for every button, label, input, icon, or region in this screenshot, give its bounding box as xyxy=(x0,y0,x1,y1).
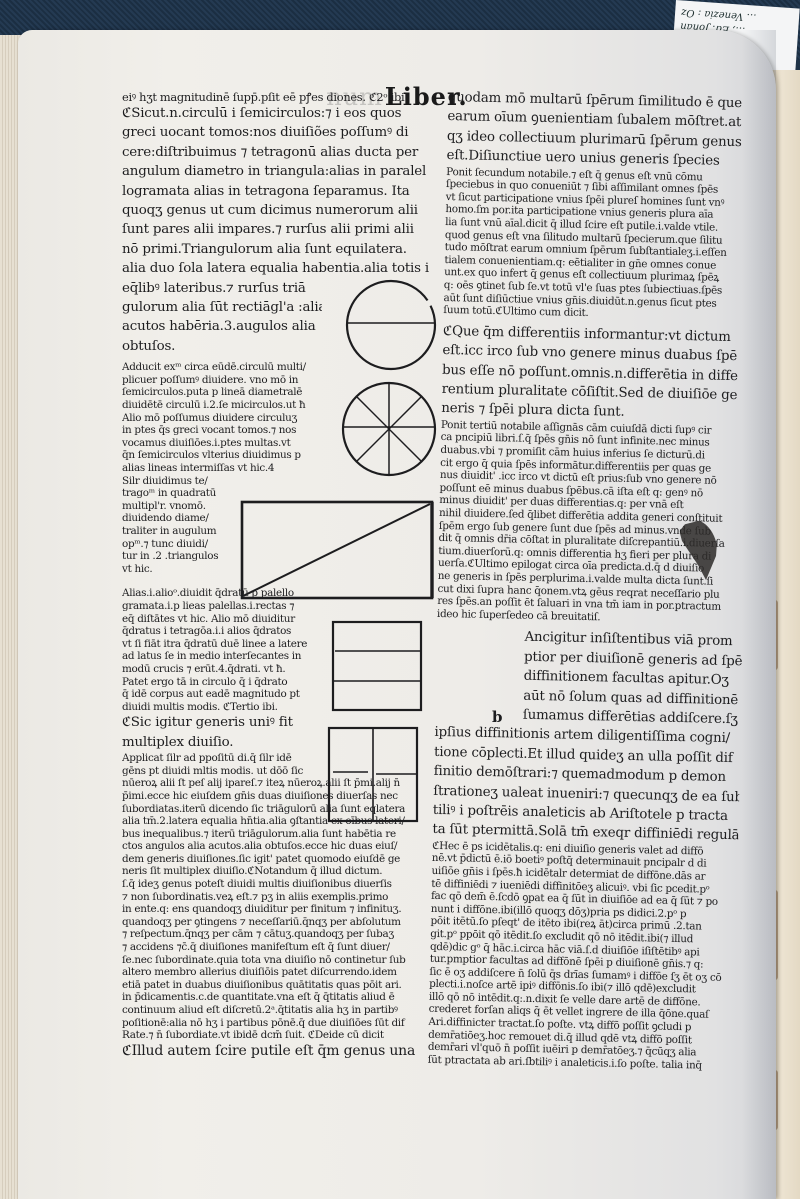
text-line: ℭSic igitur generis uniꝰ fit xyxy=(122,713,308,732)
main-text-middle-right: ℭQue q̄m differentiis informantur:vt dic… xyxy=(441,322,749,425)
text-line: in ptes q̄s greci vocant tomos.⁊ nos xyxy=(122,424,322,437)
text-line: diuidētē circulū i.2.ſe micirculos.ut ħ xyxy=(122,399,322,412)
parallelograms-diagram xyxy=(331,620,423,712)
text-line: ℭSicut.n.circulū i ſemicirculos:⁊ i eos … xyxy=(122,104,440,123)
circle-sectors-diagram xyxy=(340,380,438,478)
text-line: Silr diuidimus te/ xyxy=(122,475,222,488)
text-line: alia duo ſola latera equalia habentia.al… xyxy=(122,259,440,278)
book-page: numLiber. eiꝰ hʒt magnitudinē ſupp̄.pſit… xyxy=(18,30,776,1199)
text-line: ℭIllud autem ſcire putile eſt q̄m genus … xyxy=(122,1042,440,1061)
text-line: ſ.q̄ ideʒ genus poteſt diuidi multis diu… xyxy=(122,878,440,891)
text-line: Rate.⁊ n̄ ſubordiate.vt ibidē dcm̄ ſuit.… xyxy=(122,1029,440,1042)
text-line: alias lineas intermiſſas vt hic.4 xyxy=(122,462,322,475)
text-line: eiꝰ hʒt magnitudinē ſupp̄.pſit eē pꝭes d… xyxy=(122,90,440,104)
text-line: in ente.q: ens quandoqʒ diuiditur per fi… xyxy=(122,903,440,916)
text-line: multipl'r. vnomō. xyxy=(122,500,222,513)
main-text-beside-circle: eq̄libꝰ lateribus.⁊ rurſus triā gulorum … xyxy=(122,279,322,357)
text-line: obtuſos. xyxy=(122,337,322,356)
gloss-bottom-right: ℭHec ē ps icidētalis.q: eni diuiſio gene… xyxy=(428,840,739,1073)
text-line: traliter in augulum xyxy=(122,525,222,538)
gloss-square-diagonal: Silr diuidimus te/ tragoᵐ in quadratū mu… xyxy=(122,475,222,576)
text-line: ⁊ non ſubordinatis.veꝝ eſt.⁊ pʒ in aliis… xyxy=(122,891,440,904)
text-line: q̄ idē corpus aut eadē magnitudo pt xyxy=(122,688,308,701)
text-line: greci uocant tomos:nos diuiſiões poſſumꝰ… xyxy=(122,123,440,142)
main-text-closing: ℭIllud autem ſcire putile eſt q̄m genus … xyxy=(122,1042,440,1061)
circle-diameter-diagram xyxy=(344,278,438,372)
main-text-top-right: quodam mō multarū ſpērum ſimilitudo ē qu… xyxy=(446,88,754,172)
text-line: q̄n ſemicirculos vlterius diuidimus p xyxy=(122,449,322,462)
gloss-circles: Adducit exᵐ circa eūdē.circulū multi/ pl… xyxy=(122,361,322,474)
text-line: Adducit exᵐ circa eūdē.circulū multi/ xyxy=(122,361,322,374)
text-line: ctos angulos alia acutos.alia obtuſos.ec… xyxy=(122,840,440,853)
text-line: vocamus diuiſiōes.i.ptes multas.vt xyxy=(122,437,322,450)
marginal-signature-letter: b xyxy=(492,708,503,726)
text-line: eq̄ diſtātes vt hic. Alio mō diuiditur xyxy=(122,613,308,626)
text-line: ⁊ accidens ⁊c̄.q̄ diuiſiones manifeſtum … xyxy=(122,941,440,954)
text-line: acutos habēria.3.augulos alia xyxy=(122,317,322,336)
text-line: cere:diſtribuimus ⁊ tetragonū alias duct… xyxy=(122,143,440,162)
main-text-initial-indented: Ancigitur inſiſtentibus viā prom ptior p… xyxy=(435,626,743,729)
text-line: Patet ergo tā in circulo q̄ i q̄drato xyxy=(122,676,308,689)
gloss-parallelograms: Alias.i.alioᵒ.diuidit q̄dratū p palello … xyxy=(122,587,308,713)
text-line: gēns pt diuidi mltis modis. ut dōō ſic xyxy=(122,765,308,778)
text-line: poſitionē:alia nō hʒ i partibus pōnē.q̄ … xyxy=(122,1017,440,1030)
text-line: nō primi.Triangulorum alia ſunt equilate… xyxy=(122,240,440,259)
text-line: angulum diametro in triangula:alias in p… xyxy=(122,162,440,181)
text-line: vt ſi fiāt itra q̄dratū duē linee a late… xyxy=(122,638,308,651)
text-line: vt hic. xyxy=(122,563,222,576)
text-line: etiā patet in duabus diuiſionibus quātit… xyxy=(122,979,440,992)
text-line: q̄dratus i tetragōa.i.i alios q̄dratos xyxy=(122,625,308,638)
right-column: quodam mō multarū ſpērum ſimilitudo ē qu… xyxy=(428,88,754,1073)
main-text-full-right: ipſius diffinitionis artem diligentiſſim… xyxy=(432,723,740,846)
text-line: logramata alias in tetragona ſeparamus. … xyxy=(122,182,440,201)
text-line: opᵐ.⁊ tunc diuidi/ xyxy=(122,538,222,551)
commentary-top-first: eiꝰ hʒt magnitudinē ſupp̄.pſit eē pꝭes d… xyxy=(122,90,440,104)
quartered-square-diagram xyxy=(326,726,420,824)
text-line: tur in .2 .triangulos xyxy=(122,550,222,563)
text-line: diuidendo diame/ xyxy=(122,512,222,525)
text-line: ſunt pares alii impares.⁊ rurſus alii pr… xyxy=(122,220,440,239)
text-line: altero membro allerius diuiſiōis patet d… xyxy=(122,966,440,979)
text-line: Alio mō poſſumus diuidere circuluʒ xyxy=(122,412,322,425)
text-line: ſe.nec ſubordinate.quia tota vna diuiſio… xyxy=(122,954,440,967)
text-line: multiplex diuiſio. xyxy=(122,733,308,752)
text-line: ſemicirculos.puta p lineā diametralē xyxy=(122,386,322,399)
main-text-sic-igitur: ℭSic igitur generis uniꝰ fit multiplex d… xyxy=(122,713,308,752)
text-line: ⁊ reſpectum.q̄nqʒ per cām ⁊ cātuʒ.quando… xyxy=(122,928,440,941)
text-line: in p̄dicamentis.c.de quantitate.vna eſt … xyxy=(122,991,440,1004)
text-line: modū crucis ⁊ erūt.4.q̄drati. vt ħ. xyxy=(122,663,308,676)
text-line: bus inequalibus.⁊ iterū triāgulorum.alia… xyxy=(122,828,440,841)
text-line: ad latus ſe in medio interſecantes in xyxy=(122,650,308,663)
text-line: quandoqʒ per ꝯtingens ⁊ neceſſariū.q̄nqʒ… xyxy=(122,916,440,929)
text-line: tragoᵐ in quadratū xyxy=(122,487,222,500)
main-text-top: ℭSicut.n.circulū i ſemicirculos:⁊ i eos … xyxy=(122,104,440,279)
gloss-top-right: Ponit ſecundum notabile.⁊ eſt q̄ genus e… xyxy=(443,166,752,324)
text-line: eq̄libꝰ lateribus.⁊ rurſus triā xyxy=(122,279,322,298)
text-line: gulorum alia ſūt rectiāgl'a :alia xyxy=(122,298,322,317)
text-line: plicuer poſſumꝰ diuidere. vno mō in xyxy=(122,374,322,387)
text-line: neris ſit multiplex diuiſio.ℭNotandum q̄… xyxy=(122,865,440,878)
text-line: dem generis diuiſiones.ſic igit' patet q… xyxy=(122,853,440,866)
square-diagonal-diagram xyxy=(240,500,436,602)
text-line: quoqʒ genus ut cum dicimus numerorum ali… xyxy=(122,201,440,220)
text-line: diuidi multis modis. ℭTertio ibi. xyxy=(122,701,308,714)
text-line: continuum aliud eſt diſcretū.2ᵃ.q̄titati… xyxy=(122,1004,440,1017)
text-line: Applicat ſilr ad ppoſitū di.q̄ ſilr idē xyxy=(122,752,308,765)
